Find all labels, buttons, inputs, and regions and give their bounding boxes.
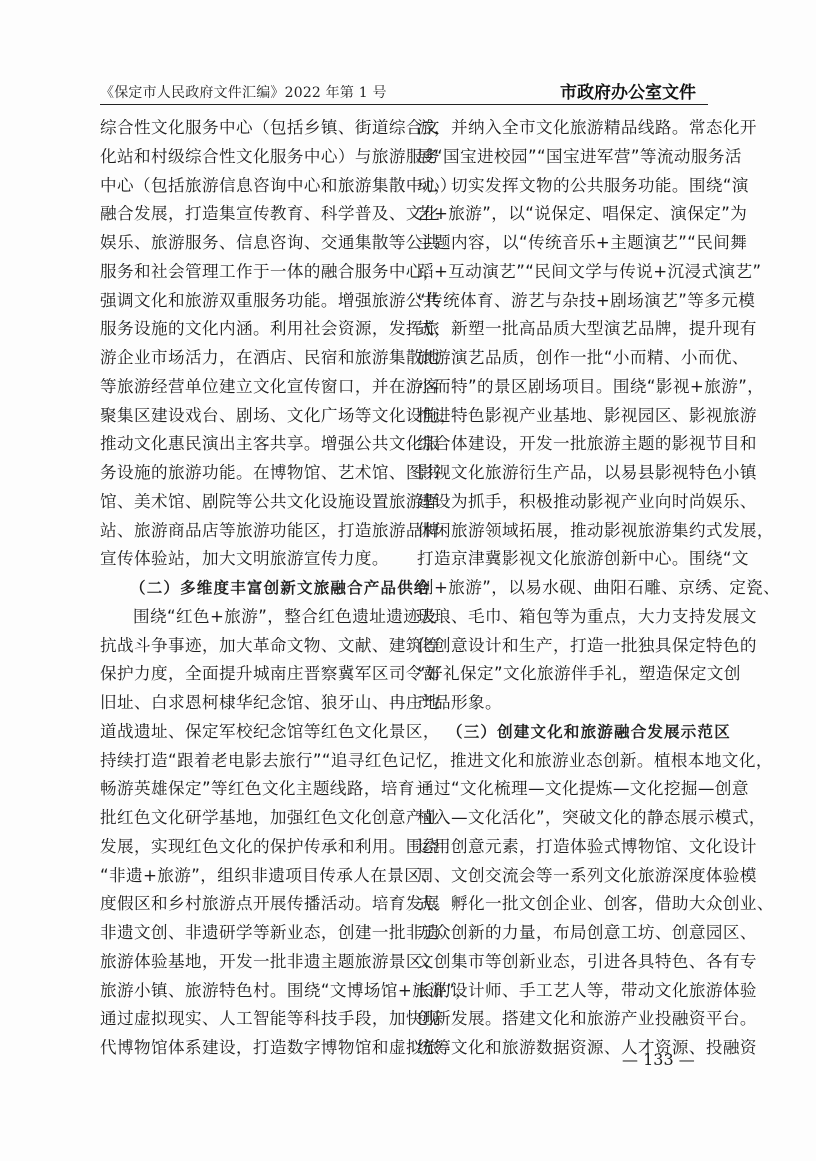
text-line: “传统体育、游艺与杂技+剧场演艺”等多元模: [417, 287, 729, 316]
text-line: 服务和社会管理工作于一体的融合服务中心，: [100, 258, 412, 287]
text-line: 动，切实发挥文物的公共服务功能。围绕“演: [417, 172, 729, 201]
text-line: 畅游英雄保定”等红色文化主题线路，培育一: [100, 775, 412, 804]
text-line: 长的设计师、手工艺人等，带动文化旅游体验: [417, 977, 729, 1006]
text-line: 聚集区建设戏台、剧场、文化广场等文化设施，: [100, 402, 412, 431]
text-line: 游企业市场活力，在酒店、民宿和旅游集散地: [100, 344, 412, 373]
publication-title: 《保定市人民政府文件汇编》2022 年第 1 号: [100, 82, 387, 102]
text-line: 休闲旅游领域拓展，推动影视旅游集约式发展，: [417, 517, 729, 546]
right-column: 游，并纳入全市文化旅游精品线路。常态化开展“国宝进校园”“国宝进军营”等流动服务…: [417, 114, 729, 1063]
text-line: 建设为抓手，积极推动影视产业向时尚娱乐、: [417, 488, 729, 517]
text-line: 中心（包括旅游信息咨询中心和旅游集散中心）: [100, 172, 412, 201]
text-line: 旅游体验基地，开发一批非遗主题旅游景区、: [100, 948, 412, 977]
text-line: 保护力度，全面提升城南庄晋察冀军区司令部: [100, 660, 412, 689]
text-line: 展“国宝进校园”“国宝进军营”等流动服务活: [417, 143, 729, 172]
text-line: 推进特色影视产业基地、影视园区、影视旅游: [417, 402, 729, 431]
text-line: 小而特”的景区剧场项目。围绕“影视+旅游”，: [417, 373, 729, 402]
text-line: 推动文化惠民演出主客共享。增强公共文化服: [100, 430, 412, 459]
text-line: 蹈+互动演艺”“民间文学与传说+沉浸式演艺”: [417, 258, 729, 287]
section-heading: （二）多维度丰富创新文旅融合产品供给: [100, 574, 412, 603]
text-line: 抗战斗争事迹，加大革命文物、文献、建筑等: [100, 632, 412, 661]
text-line: 等旅游经营单位建立文化宣传窗口，并在游客: [100, 373, 412, 402]
text-line: 式。孵化一批文创企业、创客，借助大众创业、: [417, 890, 729, 919]
text-line: 打造京津冀影视文化旅游创新中心。围绕“文: [417, 545, 729, 574]
text-line: 通过“文化梳理—文化提炼—文化挖掘—创意: [417, 775, 729, 804]
document-page: 《保定市人民政府文件汇编》2022 年第 1 号 市政府办公室文件 综合性文化服…: [0, 0, 816, 1161]
text-line: 文创集市等创新业态，引进各具特色、各有专: [417, 948, 729, 977]
text-line: 站、旅游商品店等旅游功能区，打造旅游品牌: [100, 517, 412, 546]
text-line: 代博物馆体系建设，打造数字博物馆和虚拟旅: [100, 1034, 412, 1063]
text-line: 旅游演艺品质，创作一批“小而精、小而优、: [417, 344, 729, 373]
text-line: 旧址、白求恩柯棣华纪念馆、狼牙山、冉庄地: [100, 689, 412, 718]
section-heading: （三）创建文化和旅游融合发展示范区: [417, 718, 729, 747]
text-line: 通过虚拟现实、人工智能等科技手段，加快现: [100, 1005, 412, 1034]
text-line: 运用创意元素，打造体验式博物馆、文化设计: [417, 833, 729, 862]
text-line: 强调文化和旅游双重服务功能。增强旅游公共: [100, 287, 412, 316]
text-line: 化站和村级综合性文化服务中心）与旅游服务: [100, 143, 412, 172]
text-line: 万众创新的力量，布局创意工坊、创意园区、: [417, 919, 729, 948]
text-line: 珐琅、毛巾、箱包等为重点，大力支持发展文: [417, 603, 729, 632]
text-line: 度假区和乡村旅游点开展传播活动。培育发展: [100, 890, 412, 919]
text-line: 宣传体验站，加大文明旅游宣传力度。: [100, 545, 412, 574]
text-line: 旅游小镇、旅游特色村。围绕“文博场馆+旅游”，: [100, 977, 412, 1006]
text-line: 道战遗址、保定军校纪念馆等红色文化景区，: [100, 718, 412, 747]
page-number: — 133 —: [622, 1050, 695, 1069]
text-line: 服务设施的文化内涵。利用社会资源，发挥旅: [100, 315, 412, 344]
text-line: 创新发展。搭建文化和旅游产业投融资平台。: [417, 1005, 729, 1034]
text-line: 综合性文化服务中心（包括乡镇、街道综合文: [100, 114, 412, 143]
text-line: 创+旅游”，以易水砚、曲阳石雕、京绣、定瓷、: [417, 574, 729, 603]
text-line: 影视文化旅游衍生产品，以易县影视特色小镇: [417, 459, 729, 488]
text-line: 非遗文创、非遗研学等新业态，创建一批非遗: [100, 919, 412, 948]
text-line: 艺+旅游”，以“说保定、唱保定、演保定”为: [417, 200, 729, 229]
text-line: 主题内容，以“传统音乐+主题演艺”“民间舞: [417, 229, 729, 258]
text-line: 植入—文化活化”，突破文化的静态展示模式，: [417, 804, 729, 833]
text-line: 娱乐、旅游服务、信息咨询、交通集散等公共: [100, 229, 412, 258]
text-line: 持续打造“跟着老电影去旅行”“追寻红色记忆，: [100, 747, 412, 776]
left-column: 综合性文化服务中心（包括乡镇、街道综合文化站和村级综合性文化服务中心）与旅游服务…: [100, 114, 412, 1063]
text-line: 周、文创交流会等一系列文化旅游深度体验模: [417, 862, 729, 891]
text-line: 批红色文化研学基地，加强红色文化创意产业: [100, 804, 412, 833]
text-line: 式，新塑一批高品质大型演艺品牌，提升现有: [417, 315, 729, 344]
text-line: 化创意设计和生产，打造一批独具保定特色的: [417, 632, 729, 661]
text-line: 务设施的旅游功能。在博物馆、艺术馆、图书: [100, 459, 412, 488]
text-line: 围绕“红色+旅游”，整合红色遗址遗迹及: [100, 603, 412, 632]
text-line: 融合发展，打造集宣传教育、科学普及、文化: [100, 200, 412, 229]
text-line: 综合体建设，开发一批旅游主题的影视节目和: [417, 430, 729, 459]
text-line: 馆、美术馆、剧院等公共文化设施设置旅游驿: [100, 488, 412, 517]
text-line: 游，并纳入全市文化旅游精品线路。常态化开: [417, 114, 729, 143]
page-header: 《保定市人民政府文件汇编》2022 年第 1 号 市政府办公室文件: [100, 78, 708, 105]
text-line: 推进文化和旅游业态创新。植根本地文化，: [417, 747, 729, 776]
section-title: 市政府办公室文件: [560, 78, 696, 103]
text-line: 发展，实现红色文化的保护传承和利用。围绕: [100, 833, 412, 862]
text-line: “非遗+旅游”，组织非遗项目传承人在景区、: [100, 862, 412, 891]
text-line: 产品形象。: [417, 689, 729, 718]
text-line: “好礼保定”文化旅游伴手礼，塑造保定文创: [417, 660, 729, 689]
